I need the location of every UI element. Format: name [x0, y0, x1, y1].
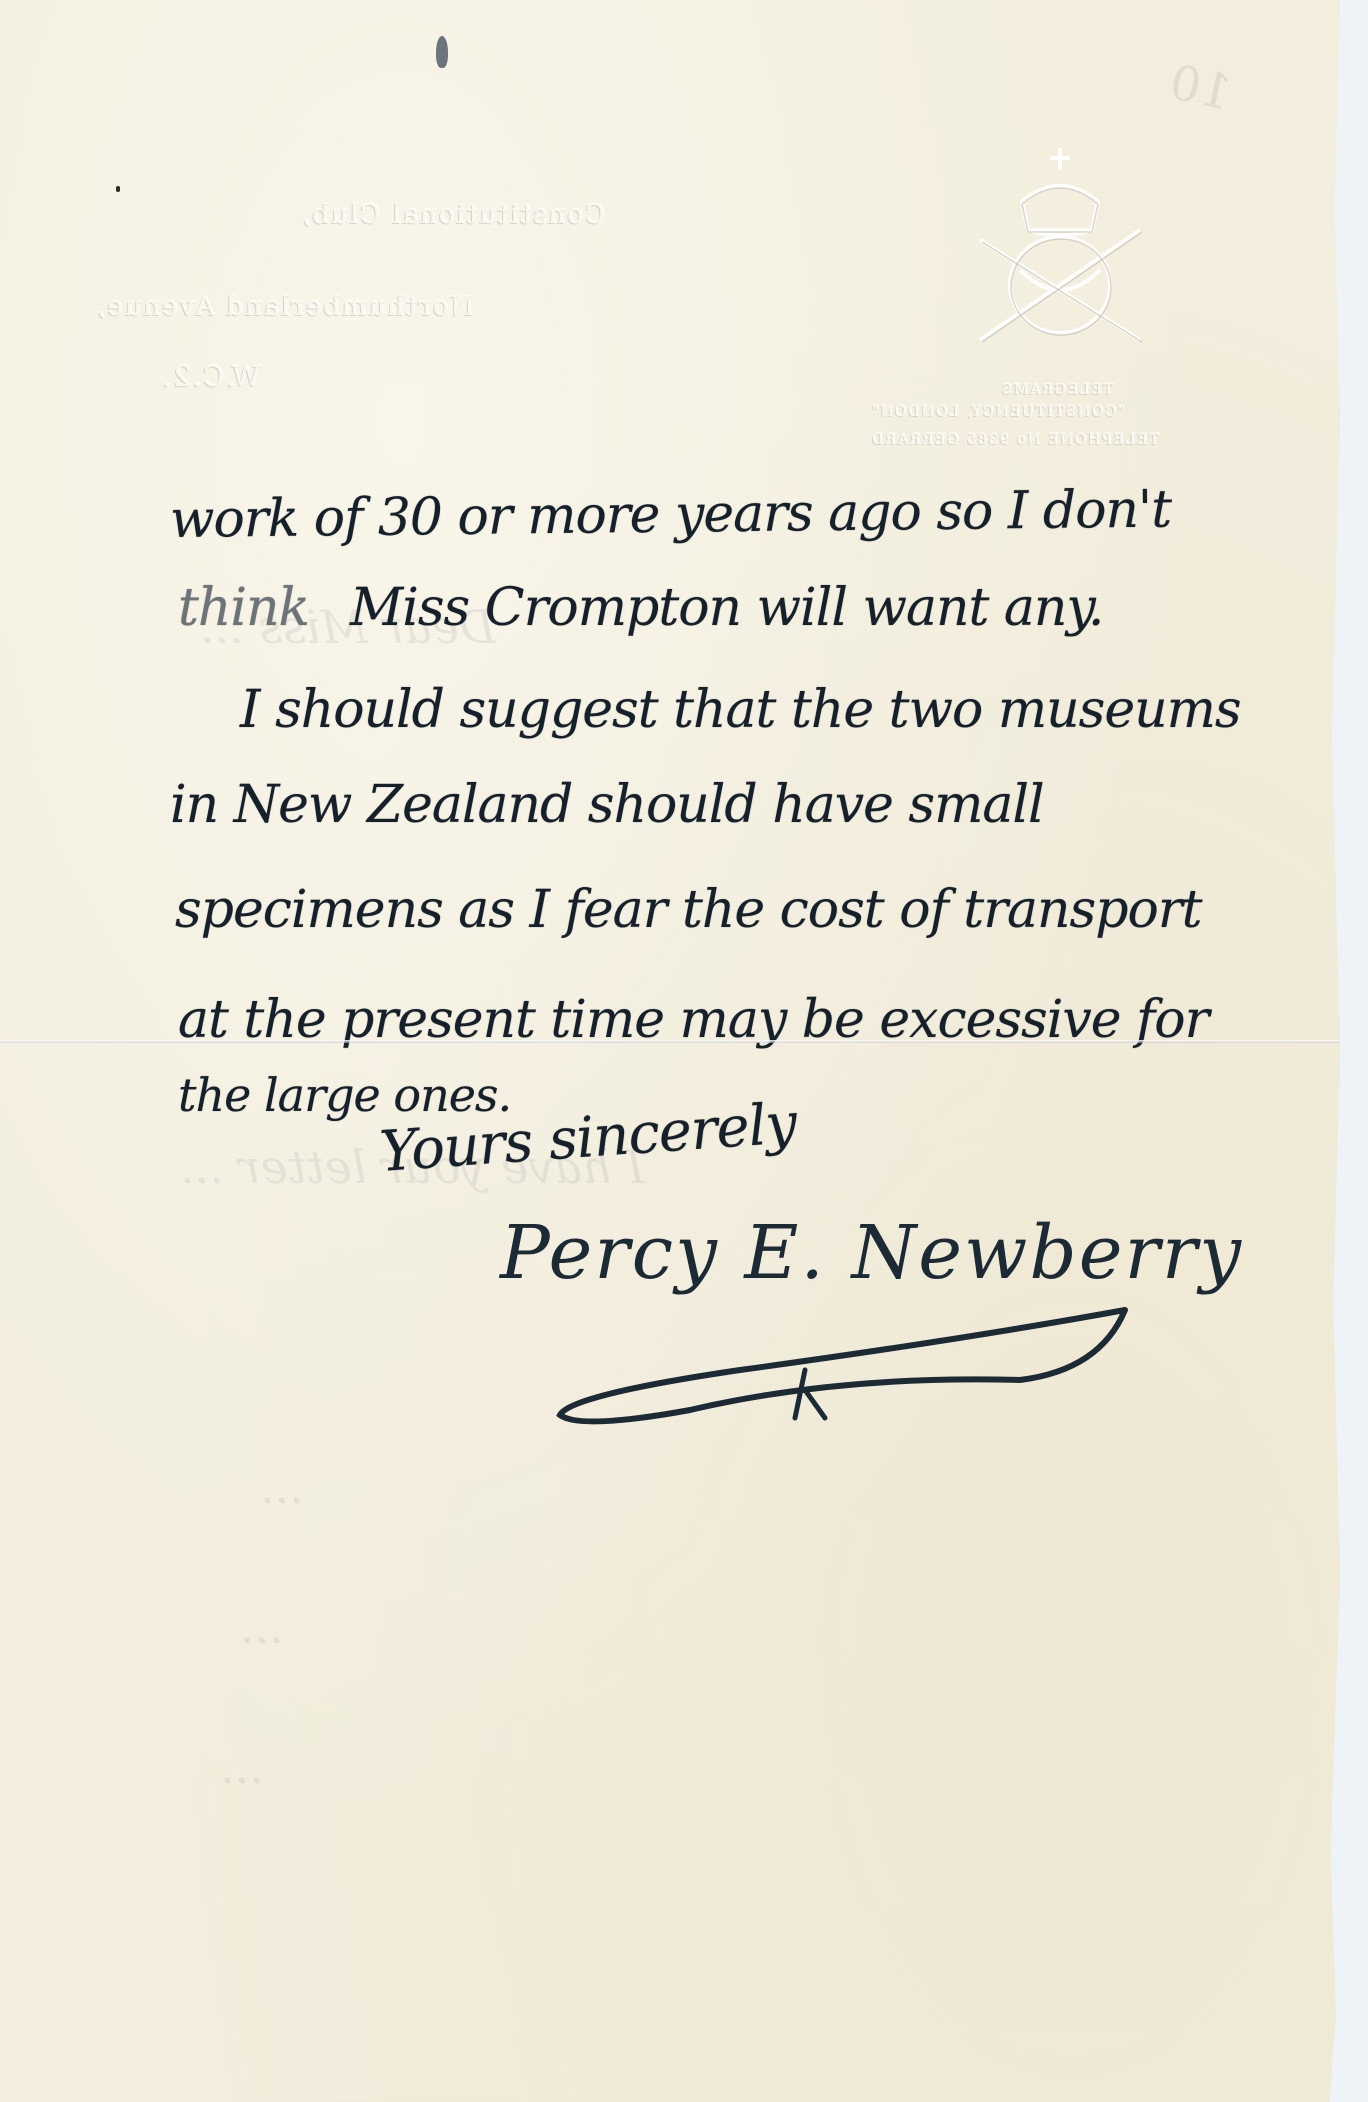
- letterhead-street: Northumberland Avenue,: [95, 292, 473, 322]
- showthrough-line: ...: [220, 1740, 264, 1794]
- ink-blot: [436, 36, 448, 68]
- letterhead-club-name: Constitutional Club,: [300, 200, 605, 230]
- body-line: Miss Crompton will want any.: [350, 578, 1103, 638]
- body-line: specimens as I fear the cost of transpor…: [175, 880, 1202, 940]
- letter-page: 10 Constitutional Club, Northumberland A…: [0, 0, 1340, 2102]
- letterhead-telegram-address: "CONSTITUENCY, LONDON": [870, 404, 1124, 420]
- showthrough-line: ...: [260, 1460, 304, 1514]
- signature-flourish-icon: [540, 1300, 1140, 1430]
- body-line: in New Zealand should have small: [170, 775, 1044, 835]
- crest-icon: [960, 140, 1160, 370]
- page-number-showthrough: 10: [1165, 54, 1236, 121]
- body-line-faded: think: [178, 578, 309, 638]
- body-line: I should suggest that the two museums: [240, 680, 1241, 740]
- ink-dot: [116, 186, 120, 192]
- showthrough-line: ...: [240, 1600, 284, 1654]
- letterhead-telegrams-label: TELEGRAMS: [1000, 382, 1113, 398]
- signature: Percy E. Newberry: [500, 1210, 1243, 1296]
- body-line: work of 30 or more years ago so I don't: [170, 480, 1172, 550]
- letterhead-telephone: TELEPHONE No 9385 GERRARD: [870, 432, 1159, 448]
- letterhead-postcode: W.C.2.: [160, 360, 261, 393]
- paper-fold-line: [0, 1040, 1340, 1043]
